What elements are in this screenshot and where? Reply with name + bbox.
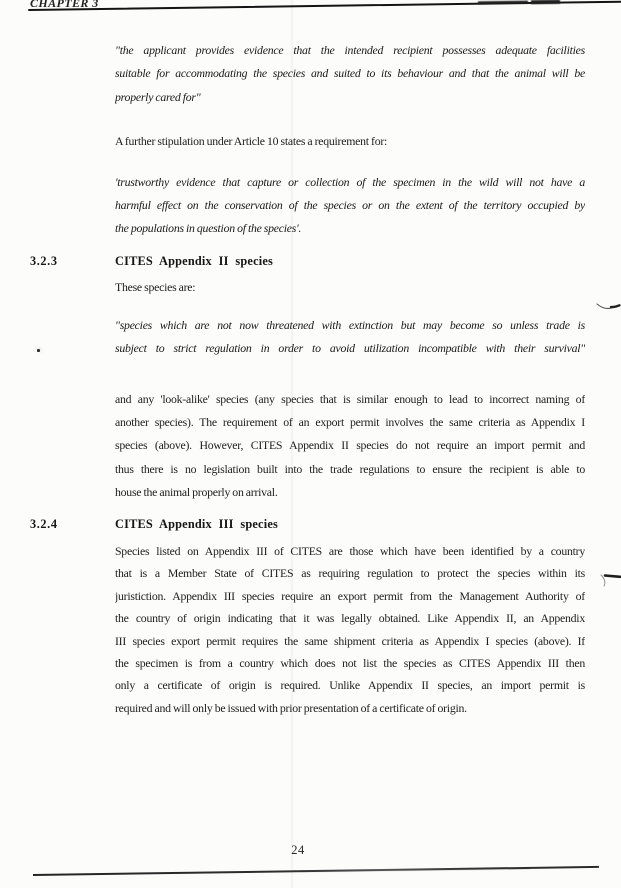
text-line: required and will only be issued with pr…: [115, 697, 585, 719]
body-paragraph-appendix2: and any 'look-alike' species (any specie…: [115, 388, 585, 504]
body-paragraph-appendix3: Species listed on Appendix III of CITES …: [115, 540, 585, 719]
text-line: the specimen is from a country which doe…: [115, 652, 585, 674]
header-smudge-mark: [531, 0, 560, 3]
text-line: suitable for accommodating the species a…: [115, 62, 585, 85]
text-line: subject to strict regulation in order to…: [115, 337, 585, 360]
text-line: "the applicant provides evidence that th…: [115, 39, 585, 62]
text-line: properly cared for": [115, 86, 585, 109]
section-intro-323: These species are:: [115, 276, 585, 299]
text-line: that is a Member State of CITES as requi…: [115, 562, 585, 584]
text-line: "species which are not now threatened wi…: [115, 314, 585, 337]
text-line: species (above). However, CITES Appendix…: [115, 434, 585, 457]
quote-block-trustworthy-evidence: 'trustworthy evidence that capture or co…: [115, 171, 585, 239]
text-line: and any 'look-alike' species (any specie…: [115, 388, 585, 411]
text-line: only a certificate of origin is required…: [115, 674, 585, 696]
text-line: Species listed on Appendix III of CITES …: [115, 540, 585, 562]
header-smudge-mark: [478, 0, 528, 4]
text-line: juristiction. Appendix III species requi…: [115, 585, 585, 607]
text-line: harmful effect on the conservation of th…: [115, 194, 585, 217]
quote-block-appendix2-definition: "species which are not now threatened wi…: [115, 314, 585, 360]
quote-block-article10-facilities: "the applicant provides evidence that th…: [115, 39, 585, 109]
section-title-323: CITES Appendix II species: [115, 254, 585, 269]
section-number-324: 3.2.4: [30, 517, 90, 532]
section-number-323: 3.2.3: [30, 254, 90, 269]
text-line: the populations in question of the speci…: [115, 217, 585, 240]
page-number: 24: [283, 843, 313, 858]
text-line: another species). The requirement of an …: [115, 411, 585, 434]
text-line: III species export permit requires the s…: [115, 630, 585, 652]
scan-tick-mark: [597, 569, 621, 589]
body-line-stipulation: A further stipulation under Article 10 s…: [115, 130, 585, 153]
text-line: 'trustworthy evidence that capture or co…: [115, 171, 585, 194]
text-line: house the animal properly on arrival.: [115, 481, 585, 504]
text-line: the country of origin indicating that it…: [115, 607, 585, 629]
scan-tick-mark: [596, 300, 621, 314]
scan-speck-mark: [37, 349, 40, 352]
scanned-document-page: CHAPTER 3 "the applicant provides eviden…: [0, 0, 621, 888]
section-title-324: CITES Appendix III species: [115, 517, 585, 532]
text-line: thus there is no legislation built into …: [115, 458, 585, 481]
footer-rule: [33, 866, 599, 876]
